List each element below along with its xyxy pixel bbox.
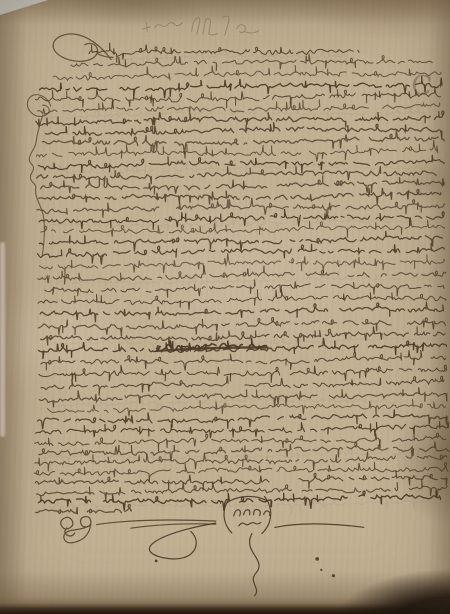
flourish-loop xyxy=(53,33,111,61)
flourish-tail xyxy=(97,53,113,57)
handwritten-line xyxy=(39,361,447,385)
ink-dot xyxy=(315,557,319,561)
handwritten-line xyxy=(41,373,444,396)
manuscript-artwork: C xyxy=(0,0,450,614)
paraph-eight xyxy=(61,517,75,536)
handwritten-line xyxy=(35,470,447,493)
rubric-trailing-tail xyxy=(249,534,259,596)
handwritten-line xyxy=(42,130,444,156)
handwriting-lines xyxy=(29,39,450,518)
page-corner-shadow xyxy=(320,562,450,614)
handwritten-line xyxy=(71,52,437,73)
rubric-right-flourish xyxy=(275,523,364,528)
handwritten-line xyxy=(39,187,441,208)
opening-flourish xyxy=(53,33,113,61)
ink-dot xyxy=(155,559,158,562)
handwritten-line xyxy=(37,409,447,431)
inscription-stroke xyxy=(224,16,230,35)
notary-paraph xyxy=(61,515,216,543)
rubric-big-loop xyxy=(149,523,216,559)
inscription-stroke xyxy=(143,23,151,32)
handwritten-line xyxy=(39,251,444,277)
inscription-stroke xyxy=(192,18,218,36)
paraph-nine-loop xyxy=(64,516,92,542)
inscription-stroke xyxy=(155,22,183,27)
scanned-page: C xyxy=(0,0,450,614)
handwritten-line xyxy=(39,76,442,100)
handwritten-line xyxy=(53,63,441,82)
signature-word-2 xyxy=(239,523,261,526)
handwritten-line xyxy=(39,230,442,253)
inscription-stroke xyxy=(237,24,259,33)
handwritten-line xyxy=(35,504,131,514)
archival-inscription xyxy=(143,16,259,36)
ghost-line xyxy=(44,445,435,468)
profile-face-line xyxy=(29,115,45,255)
handwritten-line xyxy=(36,420,449,440)
handwritten-line xyxy=(40,302,443,323)
handwritten-line xyxy=(45,277,445,300)
signature-word-1 xyxy=(234,509,270,516)
handwritten-line xyxy=(41,350,446,373)
handwritten-line xyxy=(36,164,441,186)
